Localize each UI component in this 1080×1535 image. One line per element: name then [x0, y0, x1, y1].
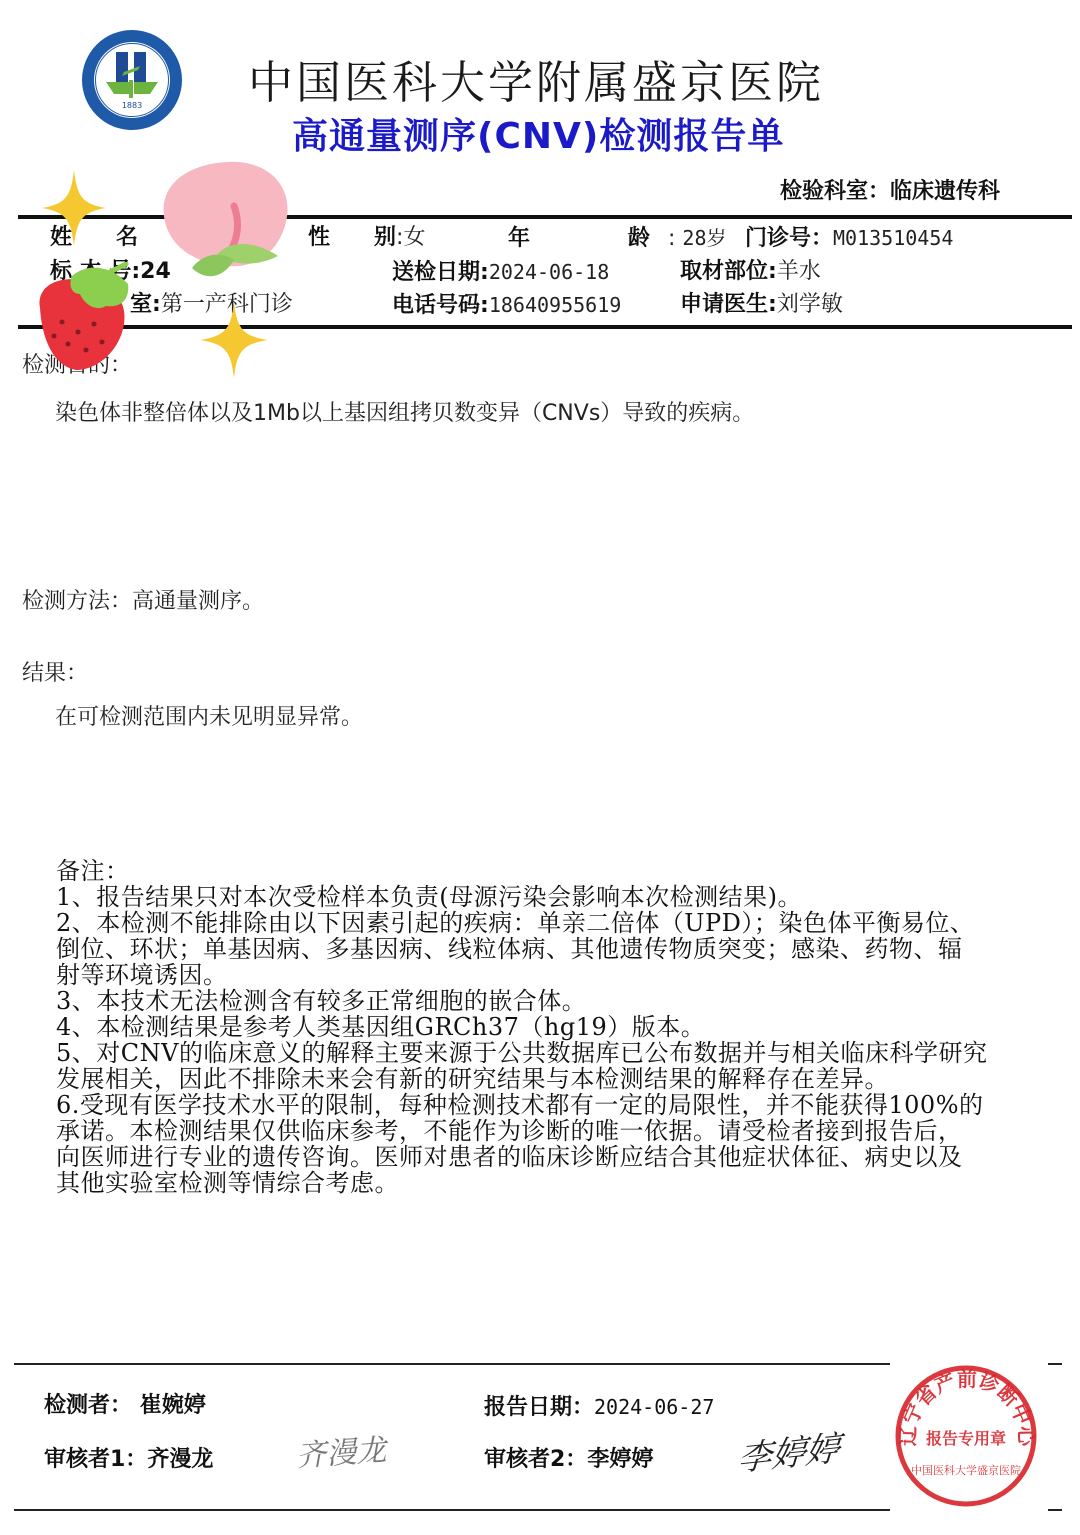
note-line: 5、对CNV的临床意义的解释主要来源于公共数据库已公布数据并与相关临床科学研究: [56, 1040, 1036, 1066]
phone-field: 电话号码:18640955619: [392, 289, 621, 321]
note-line: 3、本技术无法检测含有较多正常细胞的嵌合体。: [56, 988, 1036, 1014]
reviewer2-field: 审核者2：李婷婷: [484, 1442, 653, 1473]
divider-footer-bottom-right: [1048, 1509, 1062, 1511]
phone-label: 电话号码: [392, 293, 480, 318]
report-date-label: 报告日期：: [484, 1395, 594, 1420]
reviewer1-name: 齐漫龙: [147, 1447, 213, 1472]
reviewer2-signature: 李婷婷: [737, 1420, 842, 1480]
official-stamp: 辽宁省产前诊断中心 报告专用章 中国医科大学盛京医院: [892, 1362, 1040, 1510]
svg-text:中国医科大学盛京医院: 中国医科大学盛京医院: [911, 1463, 1021, 1477]
note-line: 2、本检测不能排除由以下因素引起的疾病：单亲二倍体（UPD）；染色体平衡易位、: [56, 910, 1036, 936]
specimen-site-label: 取材部位: [680, 259, 768, 284]
age-field: 年 龄: 28岁: [508, 222, 727, 254]
note-line: 倒位、环状；单基因病、多基因病、线粒体病、其他遗传物质突变；感染、药物、辐: [56, 936, 1036, 962]
note-line: 发展相关，因此不排除未来会有新的研究结果与本检测结果的解释存在差异。: [56, 1066, 1036, 1092]
hospital-name: 中国医科大学附属盛京医院: [248, 46, 824, 111]
method-text: 高通量测序。: [132, 589, 264, 614]
specimen-site-value: 羊水: [777, 259, 821, 284]
note-line: 4、本检测结果是参考人类基因组GRCh37（hg19）版本。: [56, 1014, 1036, 1040]
note-line: 射等环境诱因。: [56, 962, 1036, 988]
note-line: 向医师进行专业的遗传咨询。医师对患者的临床诊断应结合其他症状体征、病史以及: [56, 1144, 1036, 1170]
info-row-1: 姓 名: [50, 222, 138, 254]
method-field: 检测方法：高通量测序。: [22, 584, 264, 615]
note-line: 6.受现有医学技术水平的限制，每种检测技术都有一定的局限性，并不能获得100%的: [56, 1092, 1036, 1118]
note-line: 其他实验室检测等情综合考虑。: [56, 1170, 1036, 1196]
gender-field: 性 别:女: [308, 222, 425, 254]
department-value: 第一产科门诊: [161, 292, 293, 317]
doctor-field: 申请医生:刘学敏: [680, 289, 843, 321]
divider-top: [18, 215, 1072, 219]
name-label: 姓 名: [50, 225, 138, 250]
note-line: 1、报告结果只对本次受检样本负责(母源污染会影响本次检测结果)。: [56, 884, 1036, 910]
reviewer1-label: 审核者1：: [44, 1447, 147, 1472]
divider-footer-bottom: [14, 1509, 890, 1511]
send-date-field: 送检日期:2024-06-18: [392, 256, 609, 288]
result-text: 在可检测范围内未见明显异常。: [55, 700, 363, 731]
note-line: 承诺。本检测结果仅供临床参考，不能作为诊断的唯一依据。请受检者接到报告后，: [56, 1118, 1036, 1144]
send-date-label: 送检日期: [392, 260, 480, 285]
svg-text:1883: 1883: [122, 101, 142, 110]
divider-footer-top: [14, 1363, 890, 1365]
reviewer2-label: 审核者2：: [484, 1447, 587, 1472]
reviewer2-name: 李婷婷: [587, 1447, 653, 1472]
hospital-logo: 1883: [80, 28, 184, 132]
specimen-site-field: 取材部位:羊水: [680, 256, 821, 288]
svg-text:报告专用章: 报告专用章: [926, 1429, 1006, 1448]
notes-section: 备注： 1、报告结果只对本次受检样本负责(母源污染会影响本次检测结果)。 2、本…: [56, 858, 1036, 1196]
method-label: 检测方法：: [22, 589, 132, 614]
tester-label: 检测者：: [44, 1393, 132, 1418]
department-label: 室: [130, 292, 152, 317]
divider-info-bottom: [18, 325, 1072, 329]
sample-number-label: 标 本 号: [50, 259, 131, 284]
purpose-text: 染色体非整倍体以及1Mb以上基因组拷贝数变异（CNVs）导致的疾病。: [55, 396, 754, 427]
gender-label: 性 别: [308, 225, 396, 250]
doctor-value: 刘学敏: [777, 292, 843, 317]
result-label: 结果：: [22, 656, 88, 687]
age-value: 28岁: [682, 226, 726, 250]
sample-number-field: 标 本 号:24: [50, 256, 171, 288]
sample-number-value: 24: [140, 259, 171, 284]
notes-title: 备注：: [56, 858, 1036, 884]
report-title: 高通量测序(CNV)检测报告单: [292, 108, 784, 159]
department-field: 室:第一产科门诊: [130, 289, 293, 321]
purpose-label: 检测目的：: [22, 348, 132, 379]
age-label: 年 龄: [508, 226, 668, 251]
lab-department: 检验科室：临床遗传科: [780, 174, 1000, 205]
reviewer1-field: 审核者1：齐漫龙: [44, 1442, 213, 1473]
gender-value: 女: [403, 225, 425, 250]
clinic-number-value: M013510454: [833, 226, 953, 250]
report-date-field: 报告日期：2024-06-27: [484, 1390, 714, 1421]
reviewer1-signature: 齐漫龙: [295, 1425, 388, 1475]
tester-name: 崔婉婷: [140, 1393, 206, 1418]
clinic-number-label: 门诊号：: [745, 226, 833, 251]
phone-value: 18640955619: [489, 293, 621, 317]
peach-sticker-icon: [158, 156, 296, 284]
tester-field: 检测者： 崔婉婷: [44, 1388, 206, 1419]
doctor-label: 申请医生: [680, 292, 768, 317]
divider-footer-top-right: [1048, 1363, 1062, 1365]
send-date-value: 2024-06-18: [489, 260, 609, 284]
report-date-value: 2024-06-27: [594, 1395, 714, 1419]
clinic-number-field: 门诊号：M013510454: [745, 222, 953, 254]
